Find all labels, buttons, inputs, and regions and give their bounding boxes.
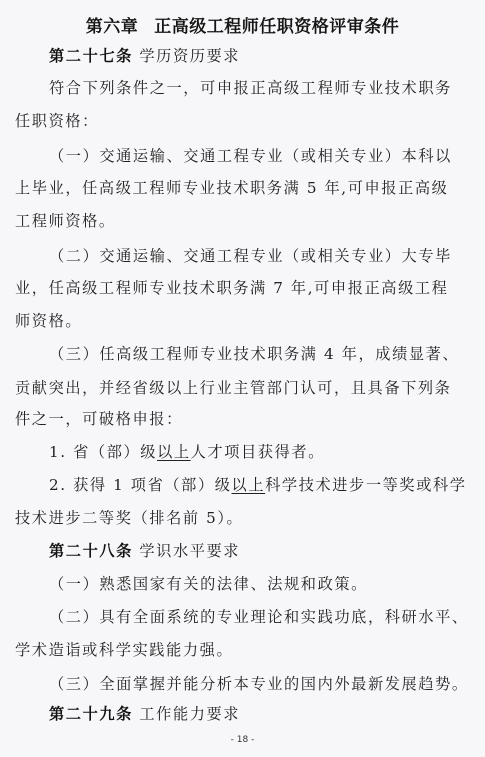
paragraph-line: （三）任高级工程师专业技术职务满 4 年，成绩显著、 [49, 344, 459, 364]
article-28-heading: 第二十八条 学识水平要求 [49, 541, 240, 561]
paragraph-line: 任职资格： [15, 111, 99, 131]
article-heading: 工作能力要求 [139, 705, 240, 723]
paragraph-line: 贡献突出，并经省级以上行业主管部门认可，且具备下列条 [15, 378, 451, 398]
paragraph-line: （一）交通运输、交通工程专业（或相关专业）本科以 [49, 146, 452, 166]
article-label: 第二十八条 [49, 542, 133, 560]
document-page: 第六章正高级工程师任职资格评审条件 第二十七条 学历资历要求 符合下列条件之一，… [0, 0, 485, 757]
paragraph-line: 符合下列条件之一，可申报正高级工程师专业技术职务 [49, 78, 452, 98]
underlined-text: 以上 [232, 476, 266, 494]
chapter-number: 第六章 [86, 17, 139, 37]
article-heading: 学历资历要求 [139, 47, 240, 65]
article-label: 第二十七条 [49, 47, 133, 65]
paragraph-line: （二）交通运输、交通工程专业（或相关专业）大专毕 [49, 246, 452, 266]
sub-item-2: 2. 获得 1 项省（部）级以上科学技术进步一等奖或科学 [49, 475, 467, 495]
paragraph-line: （二）具有全面系统的专业理论和实践功底，科研水平、 [49, 607, 469, 627]
paragraph-line: （一）熟悉国家有关的法律、法规和政策。 [49, 574, 368, 594]
paragraph-line: （三）全面掌握并能分析本专业的国内外最新发展趋势。 [49, 674, 469, 694]
article-heading: 学识水平要求 [139, 542, 240, 560]
paragraph-line: 师资格。 [15, 311, 82, 331]
paragraph-line: 业，任高级工程师专业技术职务满 7 年,可申报正高级工程 [15, 278, 448, 298]
page-number: - 18 - [0, 735, 485, 745]
article-27-heading: 第二十七条 学历资历要求 [49, 46, 240, 66]
paragraph-line: 件之一，可破格申报： [15, 409, 183, 429]
paragraph-line: 上毕业，任高级工程师专业技术职务满 5 年,可申报正高级 [15, 178, 448, 198]
paragraph-line: 技术进步二等奖（排名前 5）。 [15, 508, 243, 528]
article-label: 第二十九条 [49, 705, 133, 723]
paragraph-line: 工程师资格。 [15, 211, 116, 231]
underlined-text: 以上 [157, 443, 191, 461]
paragraph-line: 学术造诣或科学实践能力强。 [15, 640, 233, 660]
chapter-title: 第六章正高级工程师任职资格评审条件 [0, 12, 485, 37]
chapter-heading: 正高级工程师任职资格评审条件 [154, 17, 399, 37]
sub-item-1: 1. 省（部）级以上人才项目获得者。 [49, 442, 325, 462]
article-29-heading: 第二十九条 工作能力要求 [49, 704, 240, 724]
